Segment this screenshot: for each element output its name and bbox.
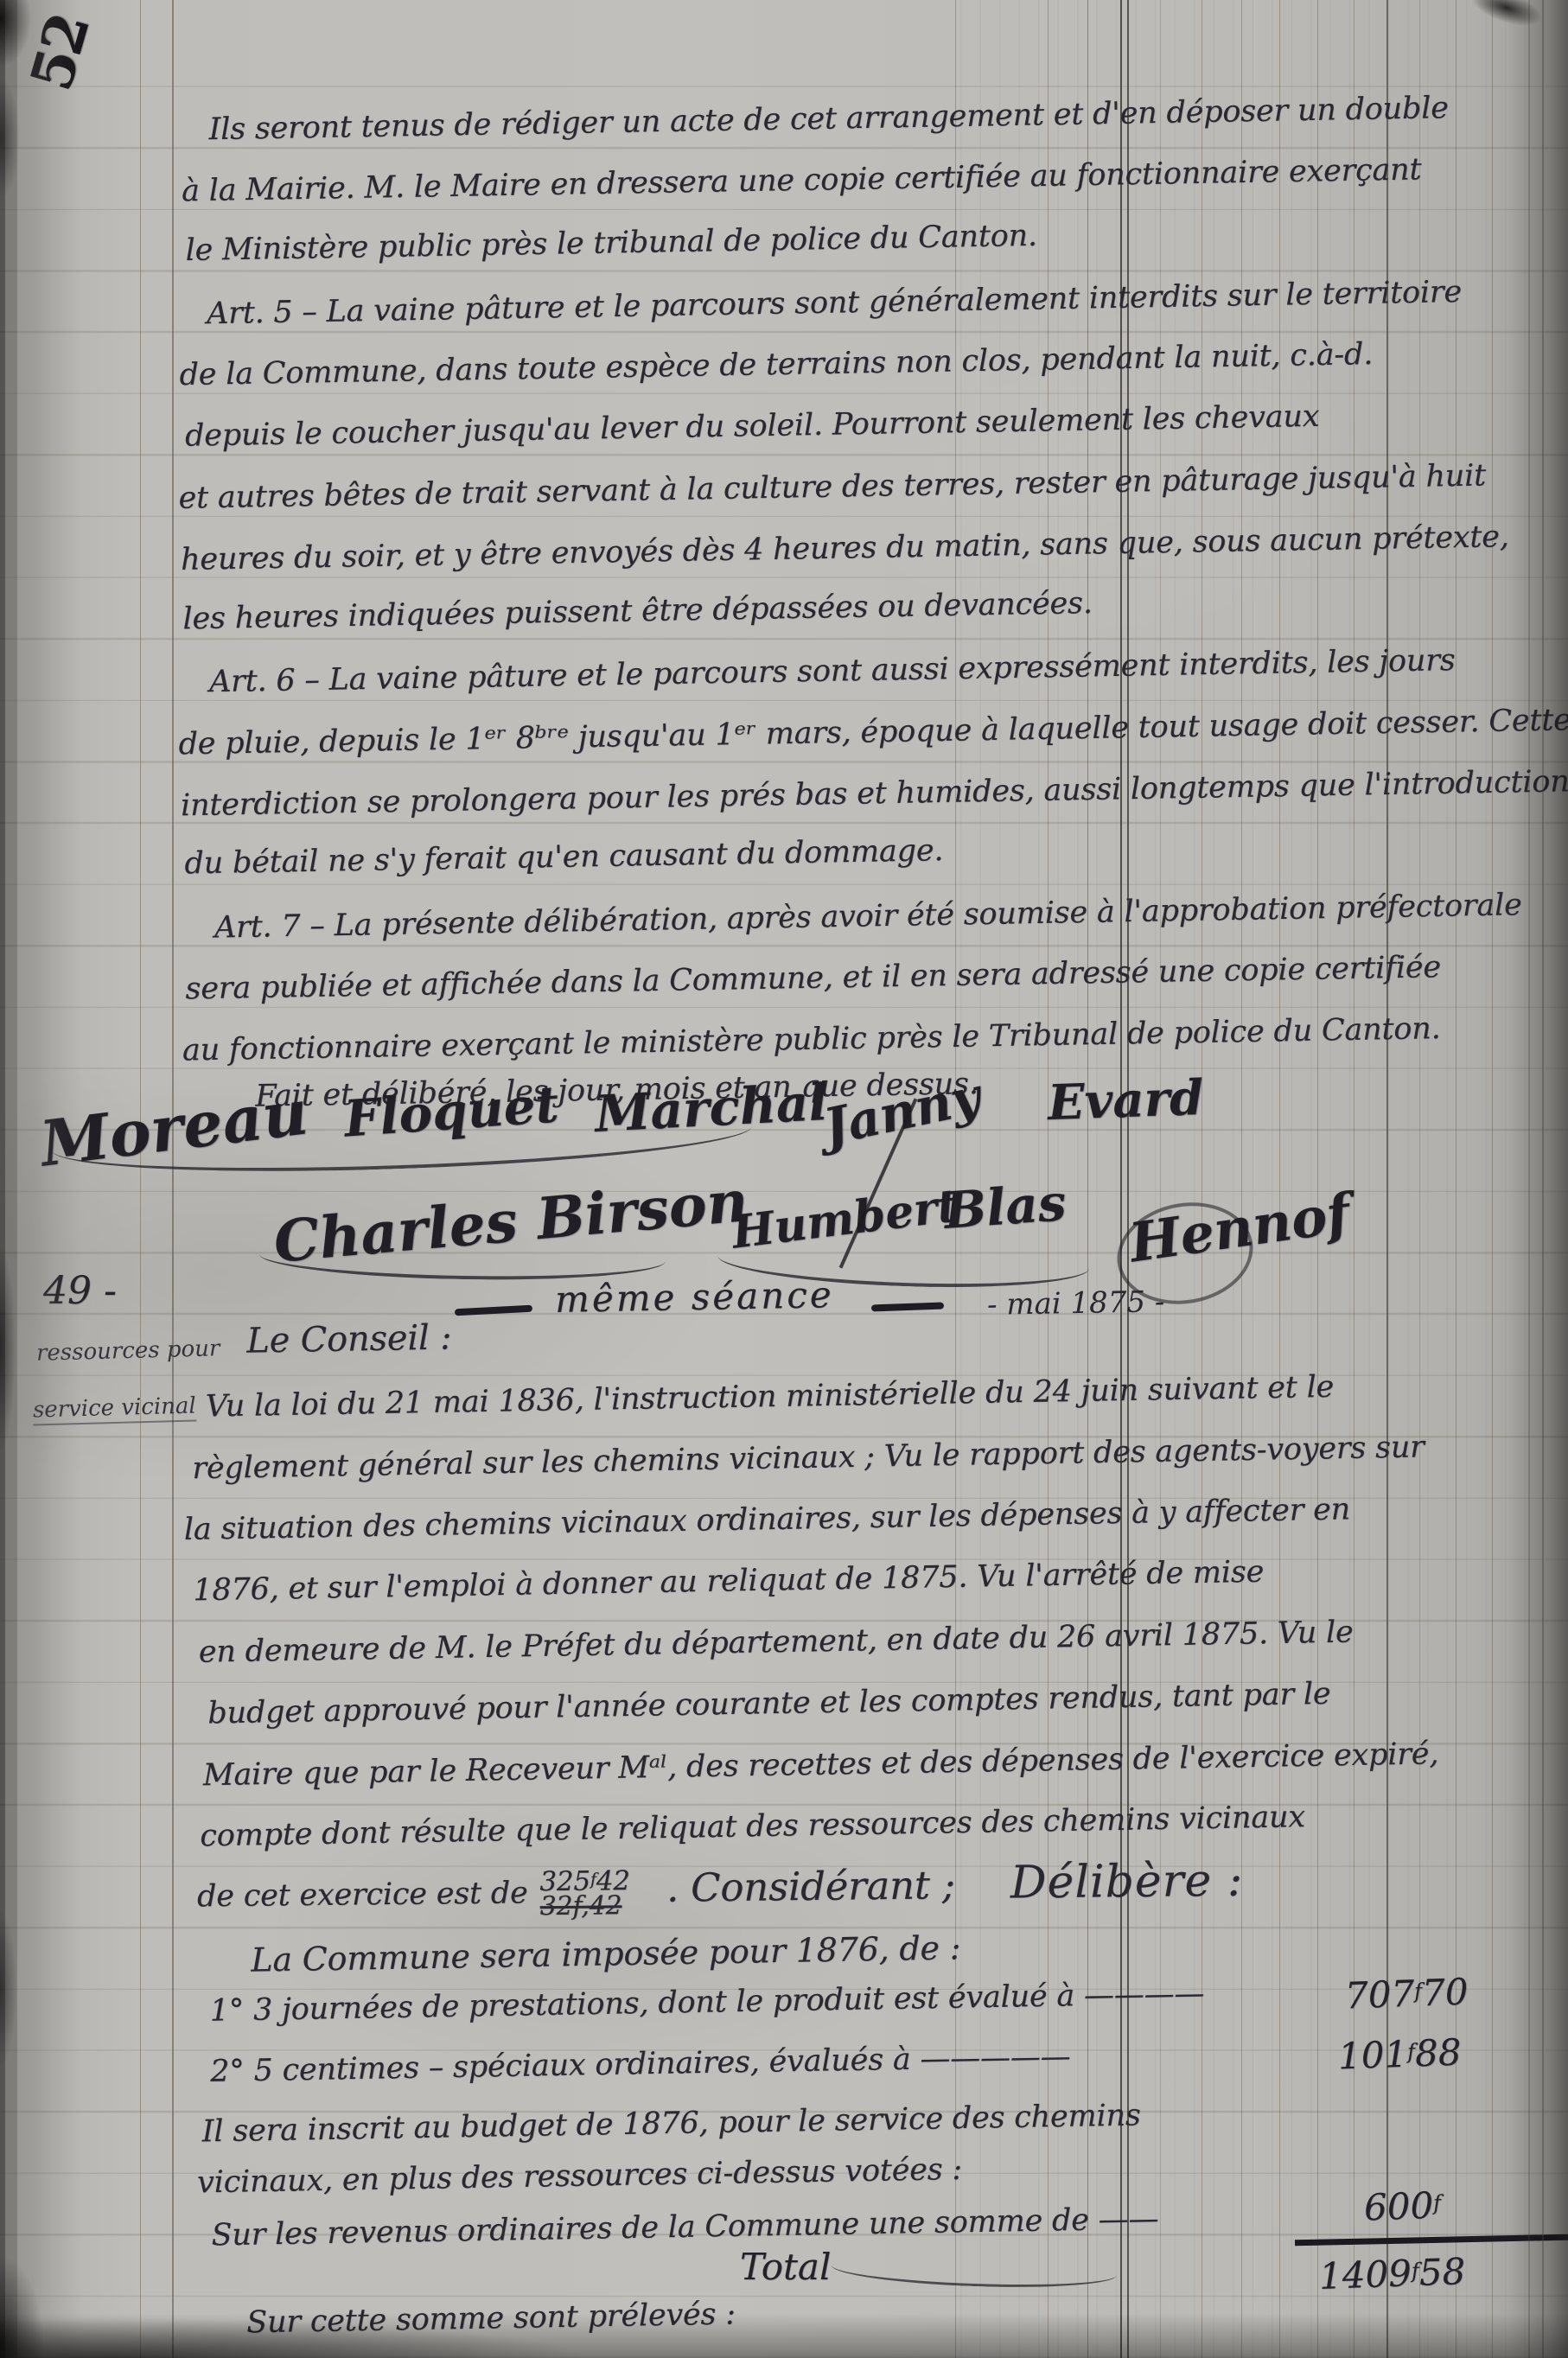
session-heading: même séance [555, 1273, 834, 1321]
manuscript-line: 2° 5 centimes – spéciaux ordinaires, éva… [210, 2040, 1071, 2089]
margin-note: ressources pour [36, 1335, 220, 1367]
manuscript-line: Le Conseil : [246, 1317, 452, 1361]
manuscript-line: Sur les revenus ordinaires de la Commune… [211, 2202, 1158, 2253]
manuscript-line: La Commune sera imposée pour 1876, de : [251, 1928, 961, 1979]
manuscript-line: Art. 6 – La vaine pâture et le parcours … [209, 643, 1456, 699]
page-stack-edge [1528, 0, 1530, 2358]
manuscript-line: heures du soir, et y être envoyés dès 4 … [181, 519, 1509, 577]
amount-total: 1409f58 [1318, 2250, 1466, 2297]
manuscript-line: du bétail ne s'y ferait qu'en causant du… [184, 833, 943, 881]
item-number: 49 - [43, 1269, 117, 1313]
resolution-text: de cet exercice est de [197, 1876, 528, 1914]
signature: Evard [1047, 1069, 1204, 1131]
manuscript-line: Sur cette somme sont prélevés : [246, 2297, 736, 2340]
manuscript-lines: Ils seront tenus de rédiger un acte de c… [0, 0, 1568, 2358]
manuscript-line: 1876, et sur l'emploi à donner au reliqu… [193, 1555, 1264, 1609]
page-stack-edge [1542, 0, 1544, 2358]
manuscript-line: budget approuvé pour l'année courante et… [207, 1677, 1331, 1731]
signature: Blas [942, 1173, 1068, 1240]
manuscript-line: Maire que par le Receveur Mᵃˡ, des recet… [202, 1737, 1438, 1793]
manuscript-line: sera publiée et affichée dans la Commune… [185, 950, 1441, 1006]
resolution-line: de cet exercice est de325f4232f,42. Cons… [197, 1855, 1244, 1923]
manuscript-line: Art. 5 – La vaine pâture et le parcours … [207, 275, 1463, 331]
amount-centimes: 101f88 [1337, 2031, 1462, 2078]
scanned-register-page: 52 Ils seront tenus de rédiger un acte d… [0, 0, 1568, 2358]
manuscript-line: 1° 3 journées de prestations, dont le pr… [209, 1977, 1204, 2029]
francs-superscript: f [1433, 2190, 1442, 2215]
manuscript-line: Ils seront tenus de rédiger un acte de c… [208, 91, 1449, 147]
delibere-label: Délibère : [1010, 1855, 1243, 1909]
amount-prestations: 707f70 [1344, 1971, 1469, 2017]
manuscript-line: le Ministère public près le tribunal de … [185, 219, 1037, 268]
considerant-label: . Considérant ; [666, 1862, 955, 1910]
manuscript-line: et autres bêtes de trait servant à la cu… [178, 458, 1486, 515]
manuscript-line: Art. 7 – La présente délibération, après… [214, 888, 1522, 945]
manuscript-line: interdiction se prolongera pour les prés… [181, 764, 1568, 823]
manuscript-line: vicinaux, en plus des ressources ci-dess… [197, 2152, 963, 2200]
amount-revenus: 600f [1363, 2183, 1442, 2228]
manuscript-line: depuis le coucher jusqu'au lever du sole… [185, 399, 1320, 454]
manuscript-line: les heures indiquées puissent être dépas… [182, 586, 1093, 636]
manuscript-line: à la Mairie. M. le Maire en dressera une… [182, 152, 1422, 208]
manuscript-line: au fonctionnaire exerçant le ministère p… [182, 1011, 1441, 1067]
manuscript-line: compte dont résulte que le reliquat des … [200, 1800, 1305, 1853]
manuscript-line: Il sera inscrit au budget de 1876, pour … [201, 2098, 1141, 2149]
manuscript-line: en demeure de M. le Préfet du départemen… [198, 1615, 1353, 1669]
manuscript-line: Vu la loi du 21 mai 1836, l'instruction … [206, 1370, 1335, 1424]
manuscript-line: règlement général sur les chemins vicina… [192, 1430, 1425, 1486]
manuscript-line: de la Commune, dans toute espèce de terr… [179, 337, 1373, 392]
session-date: - mai 1875 - [987, 1284, 1165, 1322]
manuscript-line: de pluie, depuis le 1ᵉʳ 8ᵇʳᵉ jusqu'au 1ᵉ… [178, 703, 1568, 762]
corrected-amount: 325f4232f,42 [539, 1869, 630, 1920]
manuscript-line: la situation des chemins vicinaux ordina… [184, 1492, 1351, 1547]
total-label: Total [740, 2246, 831, 2288]
struck-amount: 32f,42 [540, 1894, 631, 1920]
margin-note: service vicinal [33, 1393, 197, 1426]
